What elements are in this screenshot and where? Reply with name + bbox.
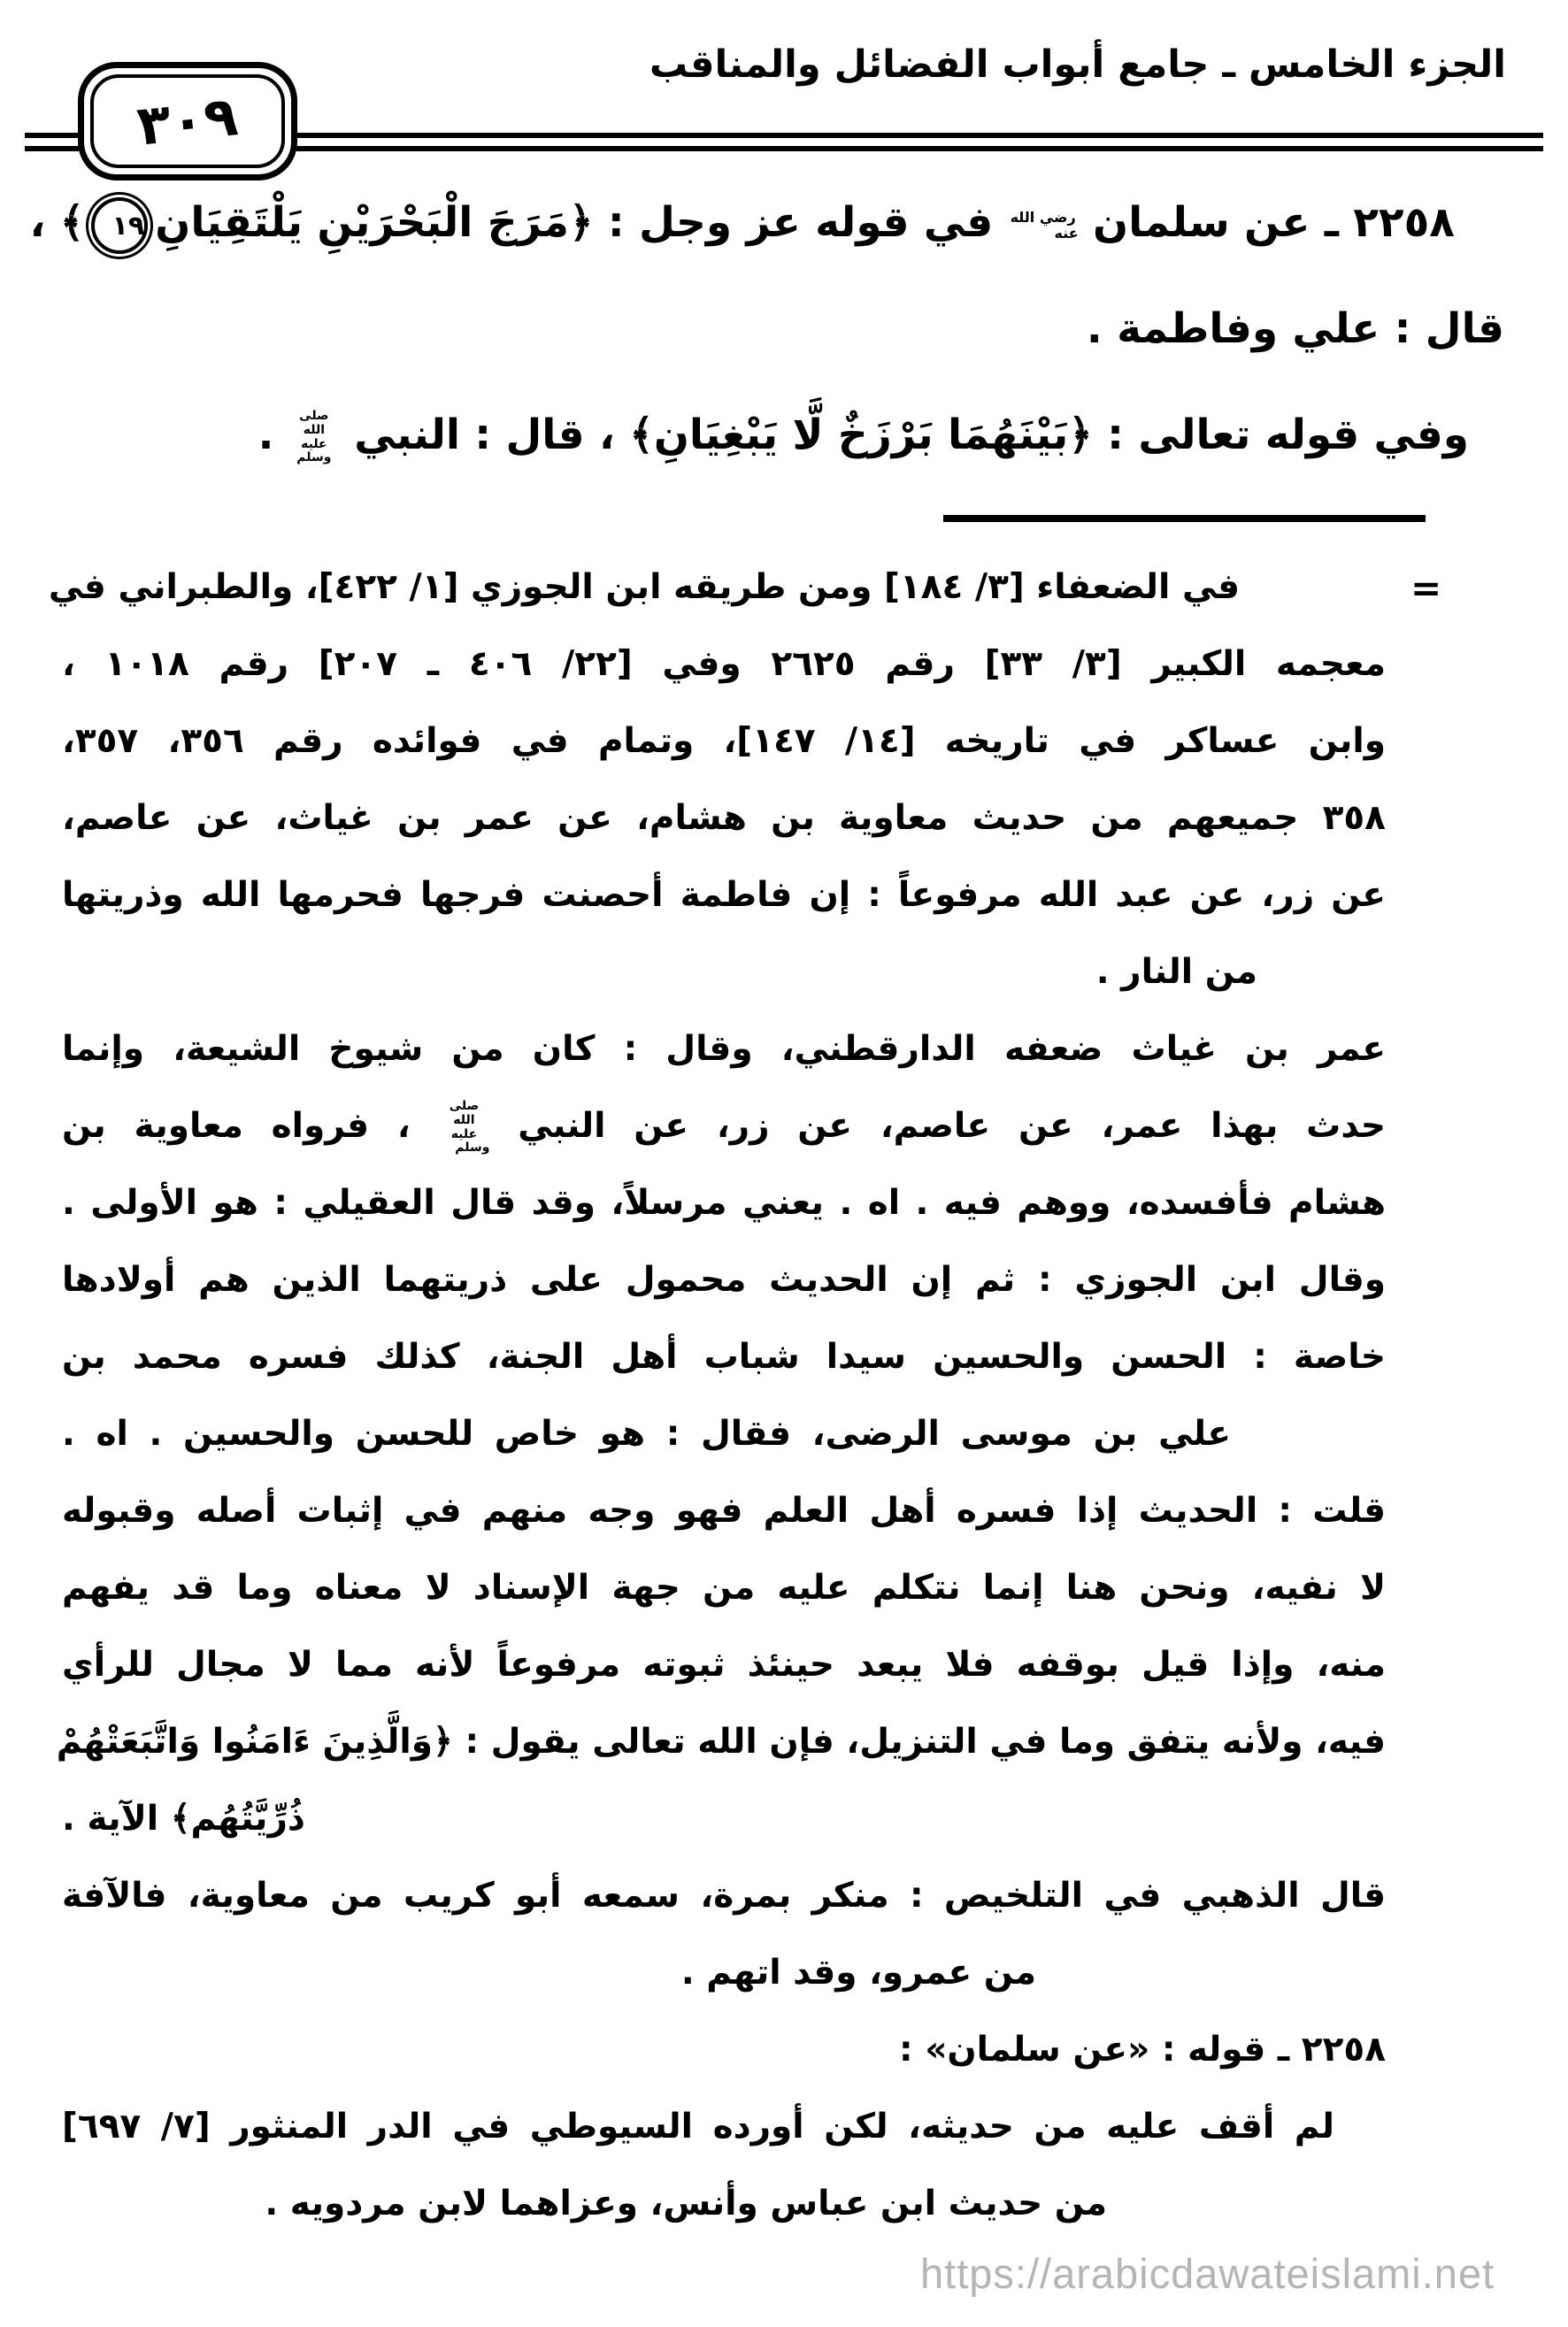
footnote-line: ٣٥٨ جميعهم من حديث معاوية بن هشام، عن عم…	[62, 780, 1386, 856]
page-number-cartouche: ٣٠٩	[78, 62, 297, 180]
footnote-line: من النار .	[62, 933, 1386, 1010]
footnote-line: قلت : الحديث إذا فسره أهل العلم فهو وجه …	[62, 1472, 1386, 1549]
text-segment: حدث بهذا عمر، عن عاصم، عن زر، عن النبي	[518, 1106, 1386, 1146]
quran-close-bracket: ﴾	[60, 198, 85, 247]
hadith-number-and-isnad: ٢٢٥٨ ـ عن سلمان	[1093, 198, 1455, 247]
text-segment: .	[258, 411, 274, 459]
quran-verse-text: وَالَّذِينَ ءَامَنُوا وَاتَّبَعَتْهُمْ	[57, 1722, 433, 1762]
footnote-line: وابن عساكر في تاريخه [١٤/ ١٤٧]، وتمام في…	[62, 703, 1386, 780]
footnote-line: من حديث ابن عباس وأنس، وعزاهما لابن مردو…	[62, 2165, 1386, 2242]
footnote-line: عن زر، عن عبد الله مرفوعاً : إن فاطمة أح…	[62, 856, 1386, 933]
footnote-line: من عمرو، وقد اتهم .	[62, 1934, 1386, 2011]
hadith-line-1: ٢٢٥٨ ـ عن سلمان رضي الله عنه في قوله عز …	[58, 170, 1504, 276]
footnote-line: وقال ابن الجوزي : ثم إن الحديث محمول على…	[62, 1241, 1386, 1318]
footnote-line: عمر بن غياث ضعفه الدارقطني، وقال : كان م…	[62, 1010, 1386, 1087]
text-segment: في قوله عز وجل :	[608, 198, 993, 247]
quran-open-bracket: ﴿	[1068, 411, 1093, 459]
page-number: ٣٠٩	[135, 88, 240, 154]
quran-close-bracket: ﴾	[629, 411, 654, 459]
footnote-line: منه، وإذا قيل بوقفه فلا يبعد حينئذ ثبوته…	[62, 1626, 1386, 1703]
book-page: الجزء الخامس ـ جامع أبواب الفضائل والمنا…	[0, 0, 1568, 2327]
text-segment: ، فرواه معاوية بن	[62, 1106, 411, 1146]
quran-verse-text: ذُرِّيَّتُهُم	[191, 1799, 305, 1839]
page-title: الجزء الخامس ـ جامع أبواب الفضائل والمنا…	[649, 42, 1506, 87]
quran-verse-text: مَرَجَ الْبَحْرَيْنِ يَلْتَقِيَانِ	[155, 198, 569, 247]
text-segment: وفي قوله تعالى :	[1107, 411, 1469, 459]
quran-verse-text: بَيْنَهُمَا بَرْزَخٌ لَّا يَبْغِيَانِ	[654, 411, 1068, 459]
text-segment: فيه، ولأنه يتفق وما في التنزيل، فإن الله…	[465, 1722, 1386, 1762]
text-segment: الآية .	[62, 1799, 158, 1839]
sallallahu-alayhi-wasallam-honorific: صلى الله عليه وسلم	[288, 410, 340, 465]
footnote-line: قال الذهبي في التلخيص : منكر بمرة، سمعه …	[62, 1857, 1386, 1934]
footnote-line: علي بن موسى الرضى، فقال : هو خاص للحسن و…	[62, 1395, 1386, 1472]
hadith-line-3: وفي قوله تعالى : ﴿بَيْنَهُمَا بَرْزَخٌ ل…	[58, 382, 1504, 488]
footnote-line: فيه، ولأنه يتفق وما في التنزيل، فإن الله…	[62, 1703, 1386, 1780]
text-segment: ،	[29, 198, 45, 247]
footnote-lemma-heading: ٢٢٥٨ ـ قوله : «عن سلمان» :	[62, 2011, 1386, 2088]
quran-close-bracket: ﴾	[171, 1799, 191, 1839]
footnote-line: معجمه الكبير [٣/ ٣٣] رقم ٢٦٢٥ وفي [٢٢/ ٤…	[62, 626, 1386, 703]
radiallahu-anhu-honorific: رضي الله عنه	[1008, 210, 1079, 242]
footnote-continuation-mark: =	[1410, 566, 1441, 610]
footnote-line: ذُرِّيَّتُهُم﴾ الآية .	[62, 1780, 1386, 1857]
hadith-line-2: قال : علي وفاطمة .	[58, 276, 1504, 382]
ayah-number-rosette: ١٩	[91, 197, 148, 254]
quran-open-bracket: ﴿	[433, 1722, 453, 1762]
footnote-line: حدث بهذا عمر، عن عاصم، عن زر، عن النبي ص…	[62, 1087, 1386, 1164]
footnote-line: لم أقف عليه من حديثه، لكن أورده السيوطي …	[62, 2088, 1386, 2165]
footnote-line: في الضعفاء [٣/ ١٨٤] ومن طريقه ابن الجوزي…	[62, 549, 1386, 626]
watermark-url: https://arabicdawateislami.net	[920, 2249, 1495, 2298]
footnote-block: في الضعفاء [٣/ ١٨٤] ومن طريقه ابن الجوزي…	[62, 549, 1386, 2242]
footnote-line: هشام فأفسده، ووهم فيه . اه . يعني مرسلاً…	[62, 1164, 1386, 1241]
sallallahu-alayhi-wasallam-honorific: صلى الله عليه وسلم	[438, 1100, 489, 1156]
footnote-line: لا نفيه، ونحن هنا إنما نتكلم عليه من جهة…	[62, 1549, 1386, 1626]
text-segment: ، قال : النبي	[354, 411, 615, 459]
quran-open-bracket: ﴿	[569, 198, 594, 247]
footnote-divider	[943, 515, 1426, 522]
footnote-line: خاصة : الحسن والحسين سيدا شباب أهل الجنة…	[62, 1318, 1386, 1395]
hadith-body: ٢٢٥٨ ـ عن سلمان رضي الله عنه في قوله عز …	[58, 170, 1504, 488]
